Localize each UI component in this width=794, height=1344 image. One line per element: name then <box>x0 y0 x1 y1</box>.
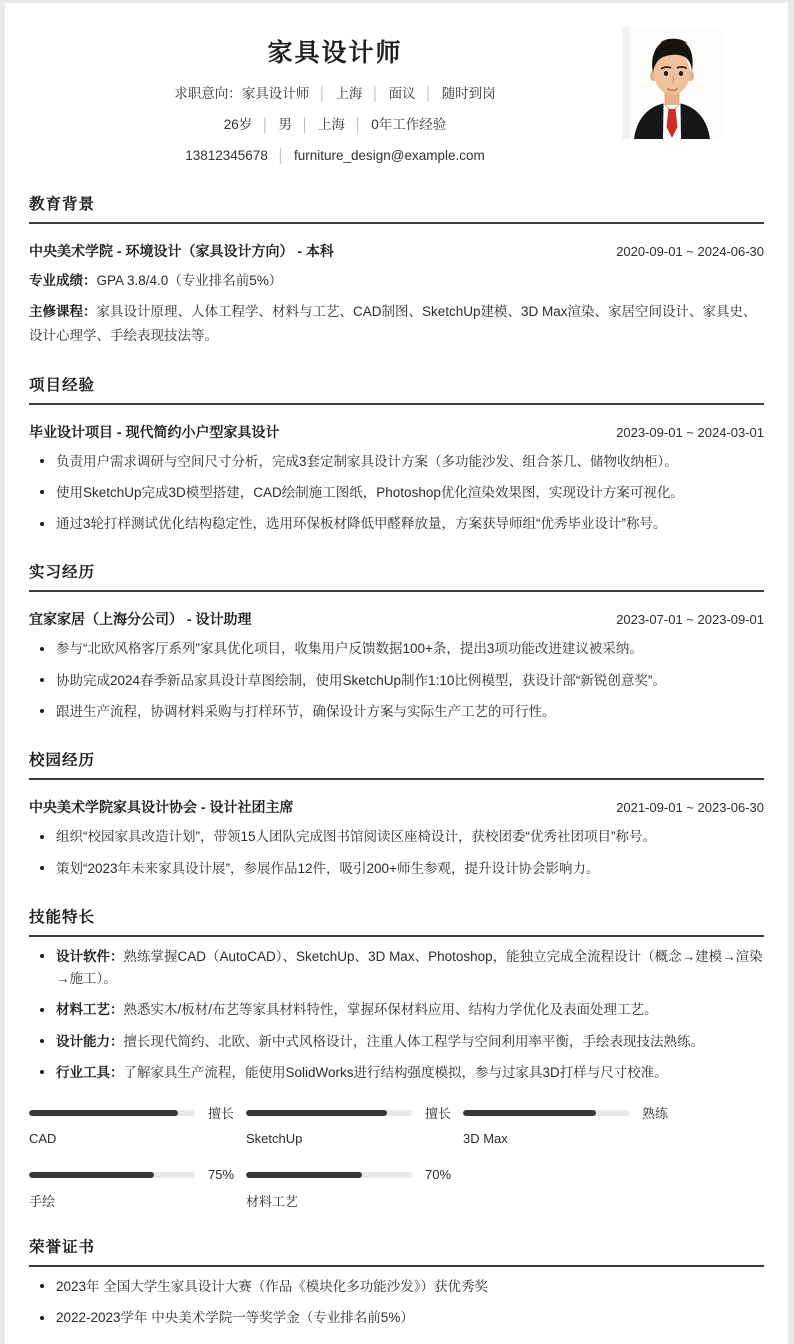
skill-name: SketchUp <box>246 1131 463 1146</box>
separator-bar: │ <box>301 117 309 132</box>
skill-level-label: 擅长 <box>425 1103 451 1122</box>
skill-bar-fill <box>246 1172 362 1178</box>
skill-bar-item: 75% 手绘 <box>29 1167 246 1210</box>
internship-title: 宜家家居（上海分公司） - 设计助理 <box>29 609 251 629</box>
skill-category-label: 设计软件： <box>56 949 124 964</box>
section-project: 项目经验 毕业设计项目 - 现代简约小户型家具设计 2023-09-01 ~ 2… <box>29 373 764 536</box>
skill-bar-track <box>246 1110 412 1116</box>
separator-bar: │ <box>371 86 379 101</box>
info-gender: 男 <box>278 117 292 132</box>
contact-line: 13812345678│furniture_design@example.com <box>29 146 641 167</box>
education-courses-line: 主修课程：家具设计原理、人体工程学、材料与工艺、CAD制图、SketchUp建模… <box>29 300 764 347</box>
info-experience: 0年工作经验 <box>371 117 446 132</box>
skill-level-label: 熟练 <box>642 1103 668 1122</box>
skill-category-text: 擅长现代简约、北欧、新中式风格设计，注重人体工程学与空间利用率平衡，手绘表现技法… <box>124 1034 705 1049</box>
skill-bar-track <box>29 1110 195 1116</box>
skill-bar-fill <box>29 1110 178 1116</box>
separator-bar: │ <box>277 148 285 163</box>
skill-bar-item: 擅长 CAD <box>29 1103 246 1146</box>
skills-bullet-list: 设计软件：熟练掌握CAD（AutoCAD）、SketchUp、3D Max、Ph… <box>29 946 764 1084</box>
skill-name: 手绘 <box>29 1191 246 1210</box>
separator-bar: │ <box>318 86 326 101</box>
courses-label: 主修课程： <box>29 304 97 319</box>
skill-bar-line: 熟练 <box>463 1103 680 1122</box>
education-date-range: 2020-09-01 ~ 2024-06-30 <box>616 244 764 259</box>
skill-bar-item: 擅长 SketchUp <box>246 1103 463 1146</box>
skill-bars-grid: 擅长 CAD 擅长 SketchUp 熟练 3D Max <box>29 1103 764 1210</box>
separator-bar: │ <box>425 86 433 101</box>
skill-name: CAD <box>29 1131 246 1146</box>
skills-bullet: 行业工具：了解家具生产流程，能使用SolidWorks进行结构强度模拟，参与过家… <box>29 1062 764 1084</box>
page-title: 家具设计师 <box>29 33 641 69</box>
skill-level-label: 擅长 <box>208 1103 234 1122</box>
resume-header: 家具设计师 求职意向：家具设计师│上海│面议│随时到岗 26岁│男│上海│0年工… <box>29 33 764 167</box>
education-gpa-line: 专业成绩：GPA 3.8/4.0（专业排名前5%） <box>29 269 764 293</box>
campus-title: 中央美术学院家具设计协会 - 设计社团主席 <box>29 797 293 817</box>
campus-entry-head: 中央美术学院家具设计协会 - 设计社团主席 2021-09-01 ~ 2023-… <box>29 797 764 817</box>
honors-bullet-list: 2023年 全国大学生家具设计大赛（作品《模块化多功能沙发》）获优秀奖 2022… <box>29 1276 764 1330</box>
separator-bar: │ <box>261 117 269 132</box>
section-title-honors: 荣誉证书 <box>29 1235 764 1267</box>
honors-bullet: 2023年 全国大学生家具设计大赛（作品《模块化多功能沙发》）获优秀奖 <box>29 1276 764 1298</box>
skills-bullet: 材料工艺：熟悉实木/板材/布艺等家具材料特性，掌握环保材料应用、结构力学优化及表… <box>29 999 764 1021</box>
skills-bullet: 设计软件：熟练掌握CAD（AutoCAD）、SketchUp、3D Max、Ph… <box>29 946 764 991</box>
intent-salary: 面议 <box>389 86 416 101</box>
skill-bar-item: 熟练 3D Max <box>463 1103 680 1146</box>
section-skills: 技能特长 设计软件：熟练掌握CAD（AutoCAD）、SketchUp、3D M… <box>29 905 764 1210</box>
personal-info-line: 26岁│男│上海│0年工作经验 <box>29 115 641 136</box>
campus-bullet-list: 组织“校园家具改造计划”，带领15人团队完成图书馆阅读区座椅设计，获校团委“优秀… <box>29 826 764 880</box>
intent-availability: 随时到岗 <box>442 86 496 101</box>
honors-bullet: 2022-2023学年 中央美术学院一等奖学金（专业排名前5%） <box>29 1307 764 1329</box>
internship-bullet: 参与“北欧风格客厅系列”家具优化项目，收集用户反馈数据100+条，提出3项功能改… <box>29 638 764 660</box>
section-honors: 荣誉证书 2023年 全国大学生家具设计大赛（作品《模块化多功能沙发》）获优秀奖… <box>29 1235 764 1330</box>
internship-bullet: 协助完成2024春季新品家具设计草图绘制，使用SketchUp制作1:10比例模… <box>29 670 764 692</box>
skill-bar-line: 擅长 <box>246 1103 463 1122</box>
skill-name: 材料工艺 <box>246 1191 463 1210</box>
skill-level-label: 75% <box>208 1167 234 1182</box>
skill-name: 3D Max <box>463 1131 680 1146</box>
project-title: 毕业设计项目 - 现代简约小户型家具设计 <box>29 422 279 442</box>
skill-bar-fill <box>246 1110 387 1116</box>
internship-date-range: 2023-07-01 ~ 2023-09-01 <box>616 612 764 627</box>
project-bullet: 负责用户需求调研与空间尺寸分析，完成3套定制家具设计方案（多功能沙发、组合茶几、… <box>29 451 764 473</box>
skill-category-label: 行业工具： <box>56 1065 124 1080</box>
header-text-block: 家具设计师 求职意向：家具设计师│上海│面议│随时到岗 26岁│男│上海│0年工… <box>29 33 641 167</box>
skill-category-label: 设计能力： <box>56 1034 124 1049</box>
internship-bullet: 跟进生产流程，协调材料采购与打样环节，确保设计方案与实际生产工艺的可行性。 <box>29 701 764 723</box>
section-education: 教育背景 中央美术学院 - 环境设计（家具设计方向） - 本科 2020-09-… <box>29 192 764 348</box>
section-title-project: 项目经验 <box>29 373 764 405</box>
section-title-skills: 技能特长 <box>29 905 764 937</box>
intent-label: 求职意向： <box>174 86 242 101</box>
internship-bullet-list: 参与“北欧风格客厅系列”家具优化项目，收集用户反馈数据100+条，提出3项功能改… <box>29 638 764 723</box>
email-address: furniture_design@example.com <box>294 148 485 163</box>
internship-entry-head: 宜家家居（上海分公司） - 设计助理 2023-07-01 ~ 2023-09-… <box>29 609 764 629</box>
skill-bar-line: 75% <box>29 1167 246 1182</box>
section-title-education: 教育背景 <box>29 192 764 224</box>
skill-level-label: 70% <box>425 1167 451 1182</box>
section-internship: 实习经历 宜家家居（上海分公司） - 设计助理 2023-07-01 ~ 202… <box>29 560 764 723</box>
campus-bullet: 组织“校园家具改造计划”，带领15人团队完成图书馆阅读区座椅设计，获校团委“优秀… <box>29 826 764 848</box>
section-campus: 校园经历 中央美术学院家具设计协会 - 设计社团主席 2021-09-01 ~ … <box>29 748 764 880</box>
phone-number: 13812345678 <box>185 148 268 163</box>
project-bullet: 使用SketchUp完成3D模型搭建，CAD绘制施工图纸，Photoshop优化… <box>29 482 764 504</box>
skill-category-label: 材料工艺： <box>56 1002 124 1017</box>
skill-bar-item: 70% 材料工艺 <box>246 1167 463 1210</box>
project-bullet-list: 负责用户需求调研与空间尺寸分析，完成3套定制家具设计方案（多功能沙发、组合茶几、… <box>29 451 764 536</box>
project-entry-head: 毕业设计项目 - 现代简约小户型家具设计 2023-09-01 ~ 2024-0… <box>29 422 764 442</box>
campus-date-range: 2021-09-01 ~ 2023-06-30 <box>616 800 764 815</box>
project-date-range: 2023-09-01 ~ 2024-03-01 <box>616 425 764 440</box>
profile-photo <box>622 27 722 139</box>
skill-category-text: 熟练掌握CAD（AutoCAD）、SketchUp、3D Max、Photosh… <box>56 949 763 986</box>
gpa-value: GPA 3.8/4.0（专业排名前5%） <box>97 273 283 288</box>
gpa-label: 专业成绩： <box>29 273 97 288</box>
skills-bullet: 设计能力：擅长现代简约、北欧、新中式风格设计，注重人体工程学与空间利用率平衡，手… <box>29 1031 764 1053</box>
skill-bar-fill <box>29 1172 154 1178</box>
intent-position: 家具设计师 <box>242 86 310 101</box>
info-age: 26岁 <box>224 117 253 132</box>
courses-value: 家具设计原理、人体工程学、材料与工艺、CAD制图、SketchUp建模、3D M… <box>29 304 757 343</box>
section-title-campus: 校园经历 <box>29 748 764 780</box>
section-title-internship: 实习经历 <box>29 560 764 592</box>
job-intent-line: 求职意向：家具设计师│上海│面议│随时到岗 <box>29 84 641 105</box>
skill-bar-fill <box>463 1110 596 1116</box>
info-city: 上海 <box>318 117 345 132</box>
skill-category-text: 熟悉实木/板材/布艺等家具材料特性，掌握环保材料应用、结构力学优化及表面处理工艺… <box>124 1002 658 1017</box>
campus-bullet: 策划“2023年未来家具设计展”，参展作品12件，吸引200+师生参观，提升设计… <box>29 858 764 880</box>
resume-page: 家具设计师 求职意向：家具设计师│上海│面议│随时到岗 26岁│男│上海│0年工… <box>5 3 788 1344</box>
male-avatar-icon <box>622 27 722 139</box>
education-school-line: 中央美术学院 - 环境设计（家具设计方向） - 本科 <box>29 241 334 261</box>
skill-bar-track <box>463 1110 629 1116</box>
skill-bar-track <box>29 1172 195 1178</box>
skill-bar-track <box>246 1172 412 1178</box>
project-bullet: 通过3轮打样测试优化结构稳定性，选用环保板材降低甲醛释放量，方案获导师组“优秀毕… <box>29 513 764 535</box>
skill-category-text: 了解家具生产流程，能使用SolidWorks进行结构强度模拟，参与过家具3D打样… <box>124 1065 668 1080</box>
education-entry-head: 中央美术学院 - 环境设计（家具设计方向） - 本科 2020-09-01 ~ … <box>29 241 764 261</box>
intent-city: 上海 <box>335 86 362 101</box>
skill-bar-line: 70% <box>246 1167 463 1182</box>
skill-bar-line: 擅长 <box>29 1103 246 1122</box>
separator-bar: │ <box>354 117 362 132</box>
